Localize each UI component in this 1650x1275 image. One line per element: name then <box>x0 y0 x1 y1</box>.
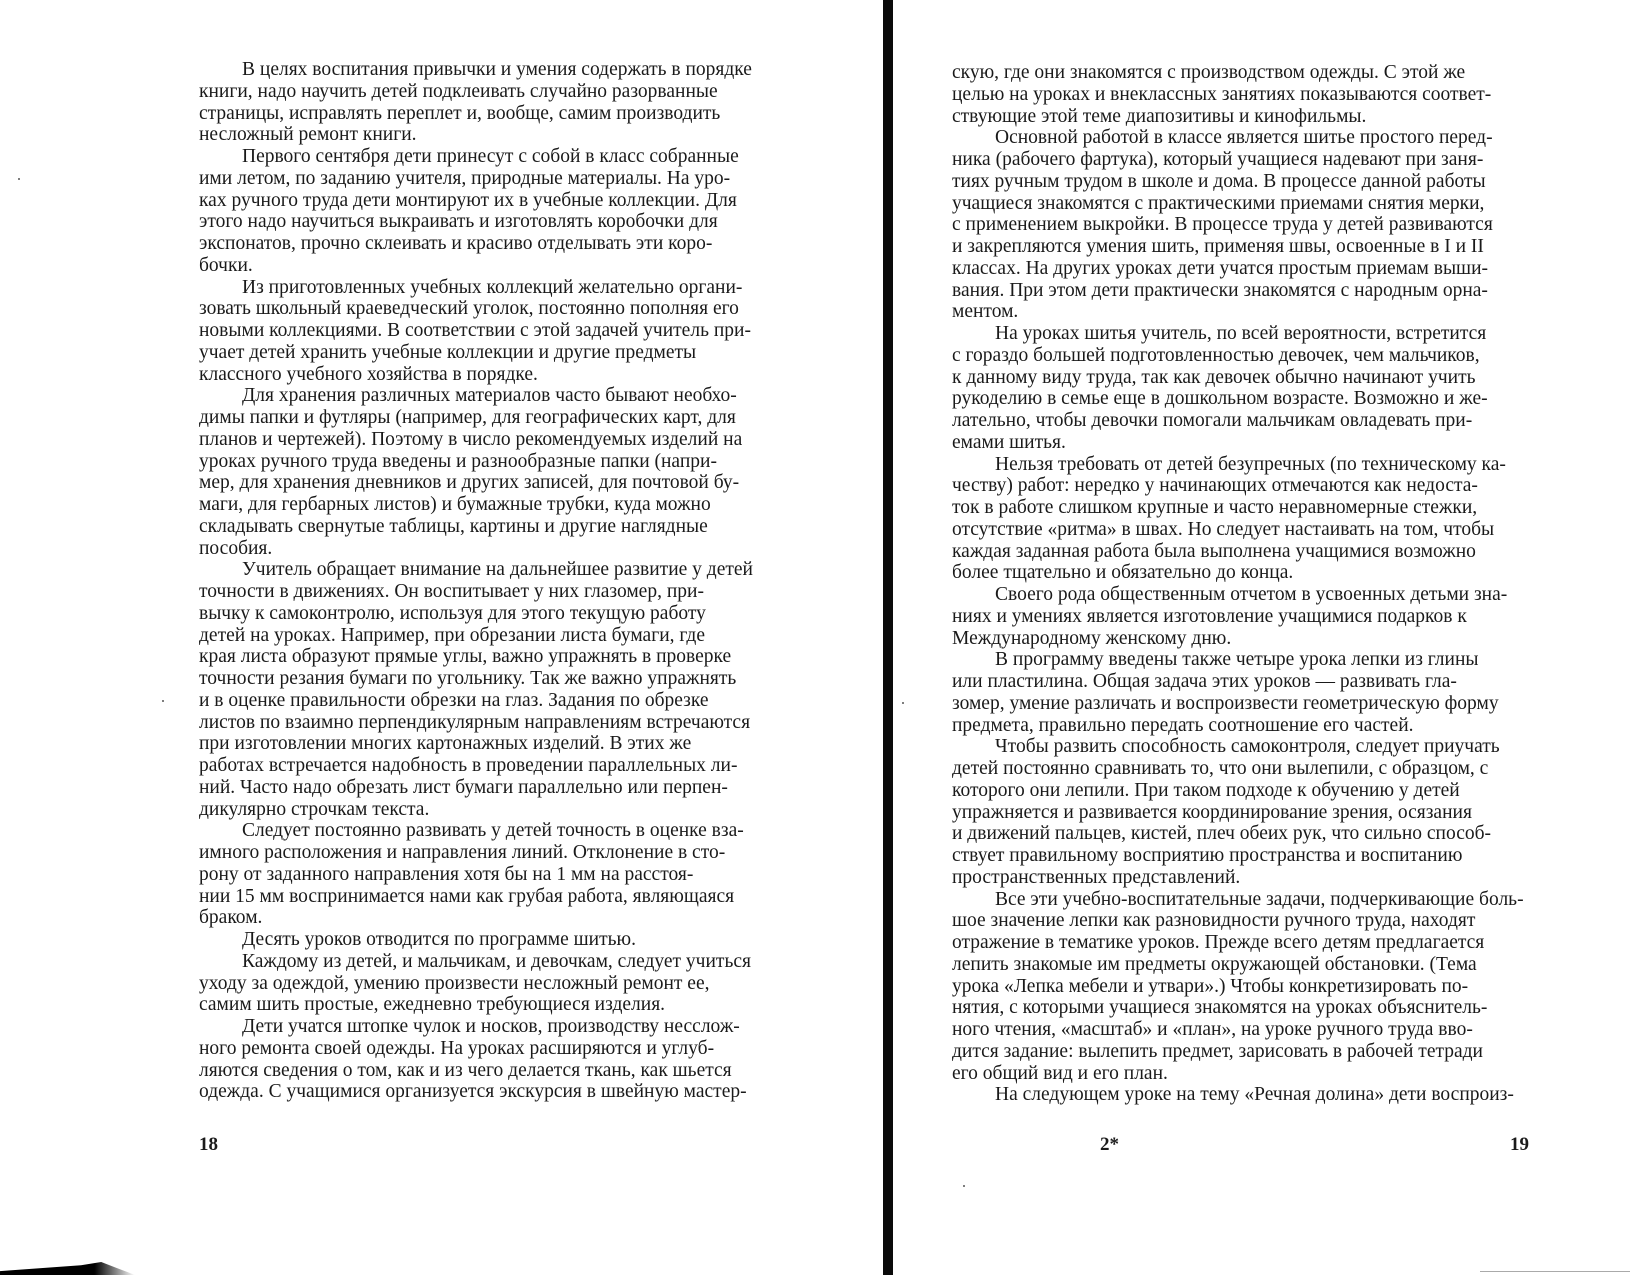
text-line: каждая заданная работа была выполнена уч… <box>952 541 1594 563</box>
text-line: страницы, исправлять переплет и, вообще,… <box>199 103 838 125</box>
text-line: вания. При этом дети практически знакомя… <box>952 280 1594 302</box>
text-line: работах встречается надобность в проведе… <box>199 755 838 777</box>
text-line: На следующем уроке на тему «Речная долин… <box>952 1084 1594 1106</box>
text-line: нятия, с которыми учащиеся знакомятся на… <box>952 997 1594 1019</box>
text-line: браком. <box>199 907 838 929</box>
text-line: детей постоянно сравнивать то, что они в… <box>952 758 1594 780</box>
text-line: которого они лепили. При таком подходе к… <box>952 780 1594 802</box>
text-line: ках ручного труда дети монтируют их в уч… <box>199 190 838 212</box>
text-line: уходу за одеждой, умению произвести несл… <box>199 973 838 995</box>
text-line: Дети учатся штопке чулок и носков, произ… <box>199 1016 838 1038</box>
text-line: зовать школьный краеведческий уголок, по… <box>199 298 838 320</box>
text-line: Учитель обращает внимание на дальнейшее … <box>199 559 838 581</box>
scan-speck <box>18 178 20 180</box>
text-line: мер, для хранения дневников и других зап… <box>199 472 838 494</box>
text-line: Международному женскому дню. <box>952 628 1594 650</box>
text-line: несложный ремонт книги. <box>199 124 838 146</box>
text-line: уроках ручного труда введены и разнообра… <box>199 451 838 473</box>
text-line: скую, где они знакомятся с производством… <box>952 62 1594 84</box>
text-line: Из приготовленных учебных коллекций жела… <box>199 277 838 299</box>
text-line: нии 15 мм воспринимается нами как грубая… <box>199 886 838 908</box>
text-line: точности в движениях. Он воспитывает у н… <box>199 581 838 603</box>
text-line: урока «Лепка мебели и утвари».) Чтобы ко… <box>952 976 1594 998</box>
text-line: отсутствие «ритма» в швах. Но следует на… <box>952 519 1594 541</box>
text-line: и в оценке правильности обрезки на глаз.… <box>199 690 838 712</box>
text-line: предмета, правильно передать соотношение… <box>952 715 1594 737</box>
text-line: и движений пальцев, кистей, плеч обеих р… <box>952 823 1594 845</box>
text-line: детей на уроках. Например, при обрезании… <box>199 625 838 647</box>
scan-speck <box>963 1185 965 1187</box>
text-line: емами шитья. <box>952 432 1594 454</box>
scan-speck <box>902 702 904 704</box>
text-line: рону от заданного направления хотя бы на… <box>199 864 838 886</box>
text-line: складывать свернутые таблицы, картины и … <box>199 516 838 538</box>
text-line: Чтобы развить способность самоконтроля, … <box>952 736 1594 758</box>
text-line: Нельзя требовать от детей безупречных (п… <box>952 454 1594 476</box>
text-line: учает детей хранить учебные коллекции и … <box>199 342 838 364</box>
text-line: или пластилина. Общая задача этих уроков… <box>952 671 1594 693</box>
text-line: отражение в тематике уроков. Прежде всег… <box>952 932 1594 954</box>
text-line: ляются сведения о том, как и из чего дел… <box>199 1060 838 1082</box>
text-line: Десять уроков отводится по программе шит… <box>199 929 838 951</box>
text-line: бочки. <box>199 255 838 277</box>
page-number-left: 18 <box>199 1134 218 1156</box>
text-line: Следует постоянно развивать у детей точн… <box>199 820 838 842</box>
text-line: и закрепляются умения шить, применяя швы… <box>952 236 1594 258</box>
text-line: На уроках шитья учитель, по всей вероятн… <box>952 323 1594 345</box>
text-line: этого надо научиться выкраивать и изгото… <box>199 211 838 233</box>
text-line: листов по взаимно перпендикулярным напра… <box>199 712 838 734</box>
scan-edge-mark <box>1480 1271 1630 1272</box>
text-line: тиях ручным трудом в школе и дома. В про… <box>952 171 1594 193</box>
text-line: В программу введены также четыре урока л… <box>952 649 1594 671</box>
text-line: дится задание: вылепить предмет, зарисов… <box>952 1041 1594 1063</box>
text-line: книги, надо научить детей подклеивать сл… <box>199 81 838 103</box>
text-line: Для хранения различных материалов часто … <box>199 385 838 407</box>
text-line: его общий вид и его план. <box>952 1063 1594 1085</box>
text-line: планов и чертежей). Поэтому в число реко… <box>199 429 838 451</box>
book-spine <box>883 0 893 1275</box>
text-line: В целях воспитания привычки и умения сод… <box>199 59 838 81</box>
text-line: самим шить простые, ежедневно требующиес… <box>199 994 838 1016</box>
text-line: ими летом, по заданию учителя, природные… <box>199 168 838 190</box>
text-line: Первого сентября дети принесут с собой в… <box>199 146 838 168</box>
text-line: ника (рабочего фартука), который учащиес… <box>952 149 1594 171</box>
text-line: маги, для гербарных листов) и бумажные т… <box>199 494 838 516</box>
text-line: новыми коллекциями. В соответствии с это… <box>199 320 838 342</box>
text-line: рукоделию в семье еще в дошкольном возра… <box>952 388 1594 410</box>
text-line: ного чтения, «масштаб» и «план», на урок… <box>952 1019 1594 1041</box>
text-line: к данному виду труда, так как девочек об… <box>952 367 1594 389</box>
scan-smudge <box>0 1262 135 1275</box>
signature-mark: 2* <box>1100 1134 1119 1156</box>
text-line: края листа образуют прямые углы, важно у… <box>199 646 838 668</box>
text-line: с применением выкройки. В процессе труда… <box>952 214 1594 236</box>
scan-speck <box>162 700 164 702</box>
text-line: ствующие этой теме диапозитивы и кинофил… <box>952 106 1594 128</box>
text-line: лепить знакомые им предметы окружающей о… <box>952 954 1594 976</box>
text-line: упражняется и развивается координировани… <box>952 802 1594 824</box>
text-line: точности резания бумаги по угольнику. Та… <box>199 668 838 690</box>
text-line: пространственных представлений. <box>952 867 1594 889</box>
text-line: классах. На других уроках дети учатся пр… <box>952 258 1594 280</box>
text-line: вычку к самоконтролю, используя для этог… <box>199 603 838 625</box>
text-line: ток в работе слишком крупные и часто нер… <box>952 497 1594 519</box>
text-line: с гораздо большей подготовленностью дево… <box>952 345 1594 367</box>
text-line: целью на уроках и внеклассных занятиях п… <box>952 84 1594 106</box>
text-line: ствует правильному восприятию пространст… <box>952 845 1594 867</box>
text-line: при изготовлении многих картонажных изде… <box>199 733 838 755</box>
text-line: более тщательно и обязательно до конца. <box>952 562 1594 584</box>
text-line: имного расположения и направления линий.… <box>199 842 838 864</box>
text-line: экспонатов, прочно склеивать и красиво о… <box>199 233 838 255</box>
text-line: Основной работой в классе является шитье… <box>952 127 1594 149</box>
text-line: ного ремонта своей одежды. На уроках рас… <box>199 1038 838 1060</box>
text-line: ниях и умениях является изготовление уча… <box>952 606 1594 628</box>
text-line: классного учебного хозяйства в порядке. <box>199 364 838 386</box>
text-line: ний. Часто надо обрезать лист бумаги пар… <box>199 777 838 799</box>
text-line: шое значение лепки как разновидности руч… <box>952 910 1594 932</box>
text-line: Все эти учебно-воспитательные задачи, по… <box>952 889 1594 911</box>
page-number-right: 19 <box>1510 1134 1529 1156</box>
text-line: лательно, чтобы девочки помогали мальчик… <box>952 410 1594 432</box>
text-line: дикулярно строчкам текста. <box>199 799 838 821</box>
text-line: зомер, умение различать и воспроизвести … <box>952 693 1594 715</box>
text-line: Своего рода общественным отчетом в усвое… <box>952 584 1594 606</box>
text-line: учащиеся знакомятся с практическими прие… <box>952 193 1594 215</box>
text-line: ментом. <box>952 301 1594 323</box>
text-line: одежда. С учащимися организуется экскурс… <box>199 1081 838 1103</box>
text-line: пособия. <box>199 538 838 560</box>
text-line: честву) работ: нередко у начинающих отме… <box>952 475 1594 497</box>
text-line: димы папки и футляры (например, для геог… <box>199 407 838 429</box>
text-line: Каждому из детей, и мальчикам, и девочка… <box>199 951 838 973</box>
